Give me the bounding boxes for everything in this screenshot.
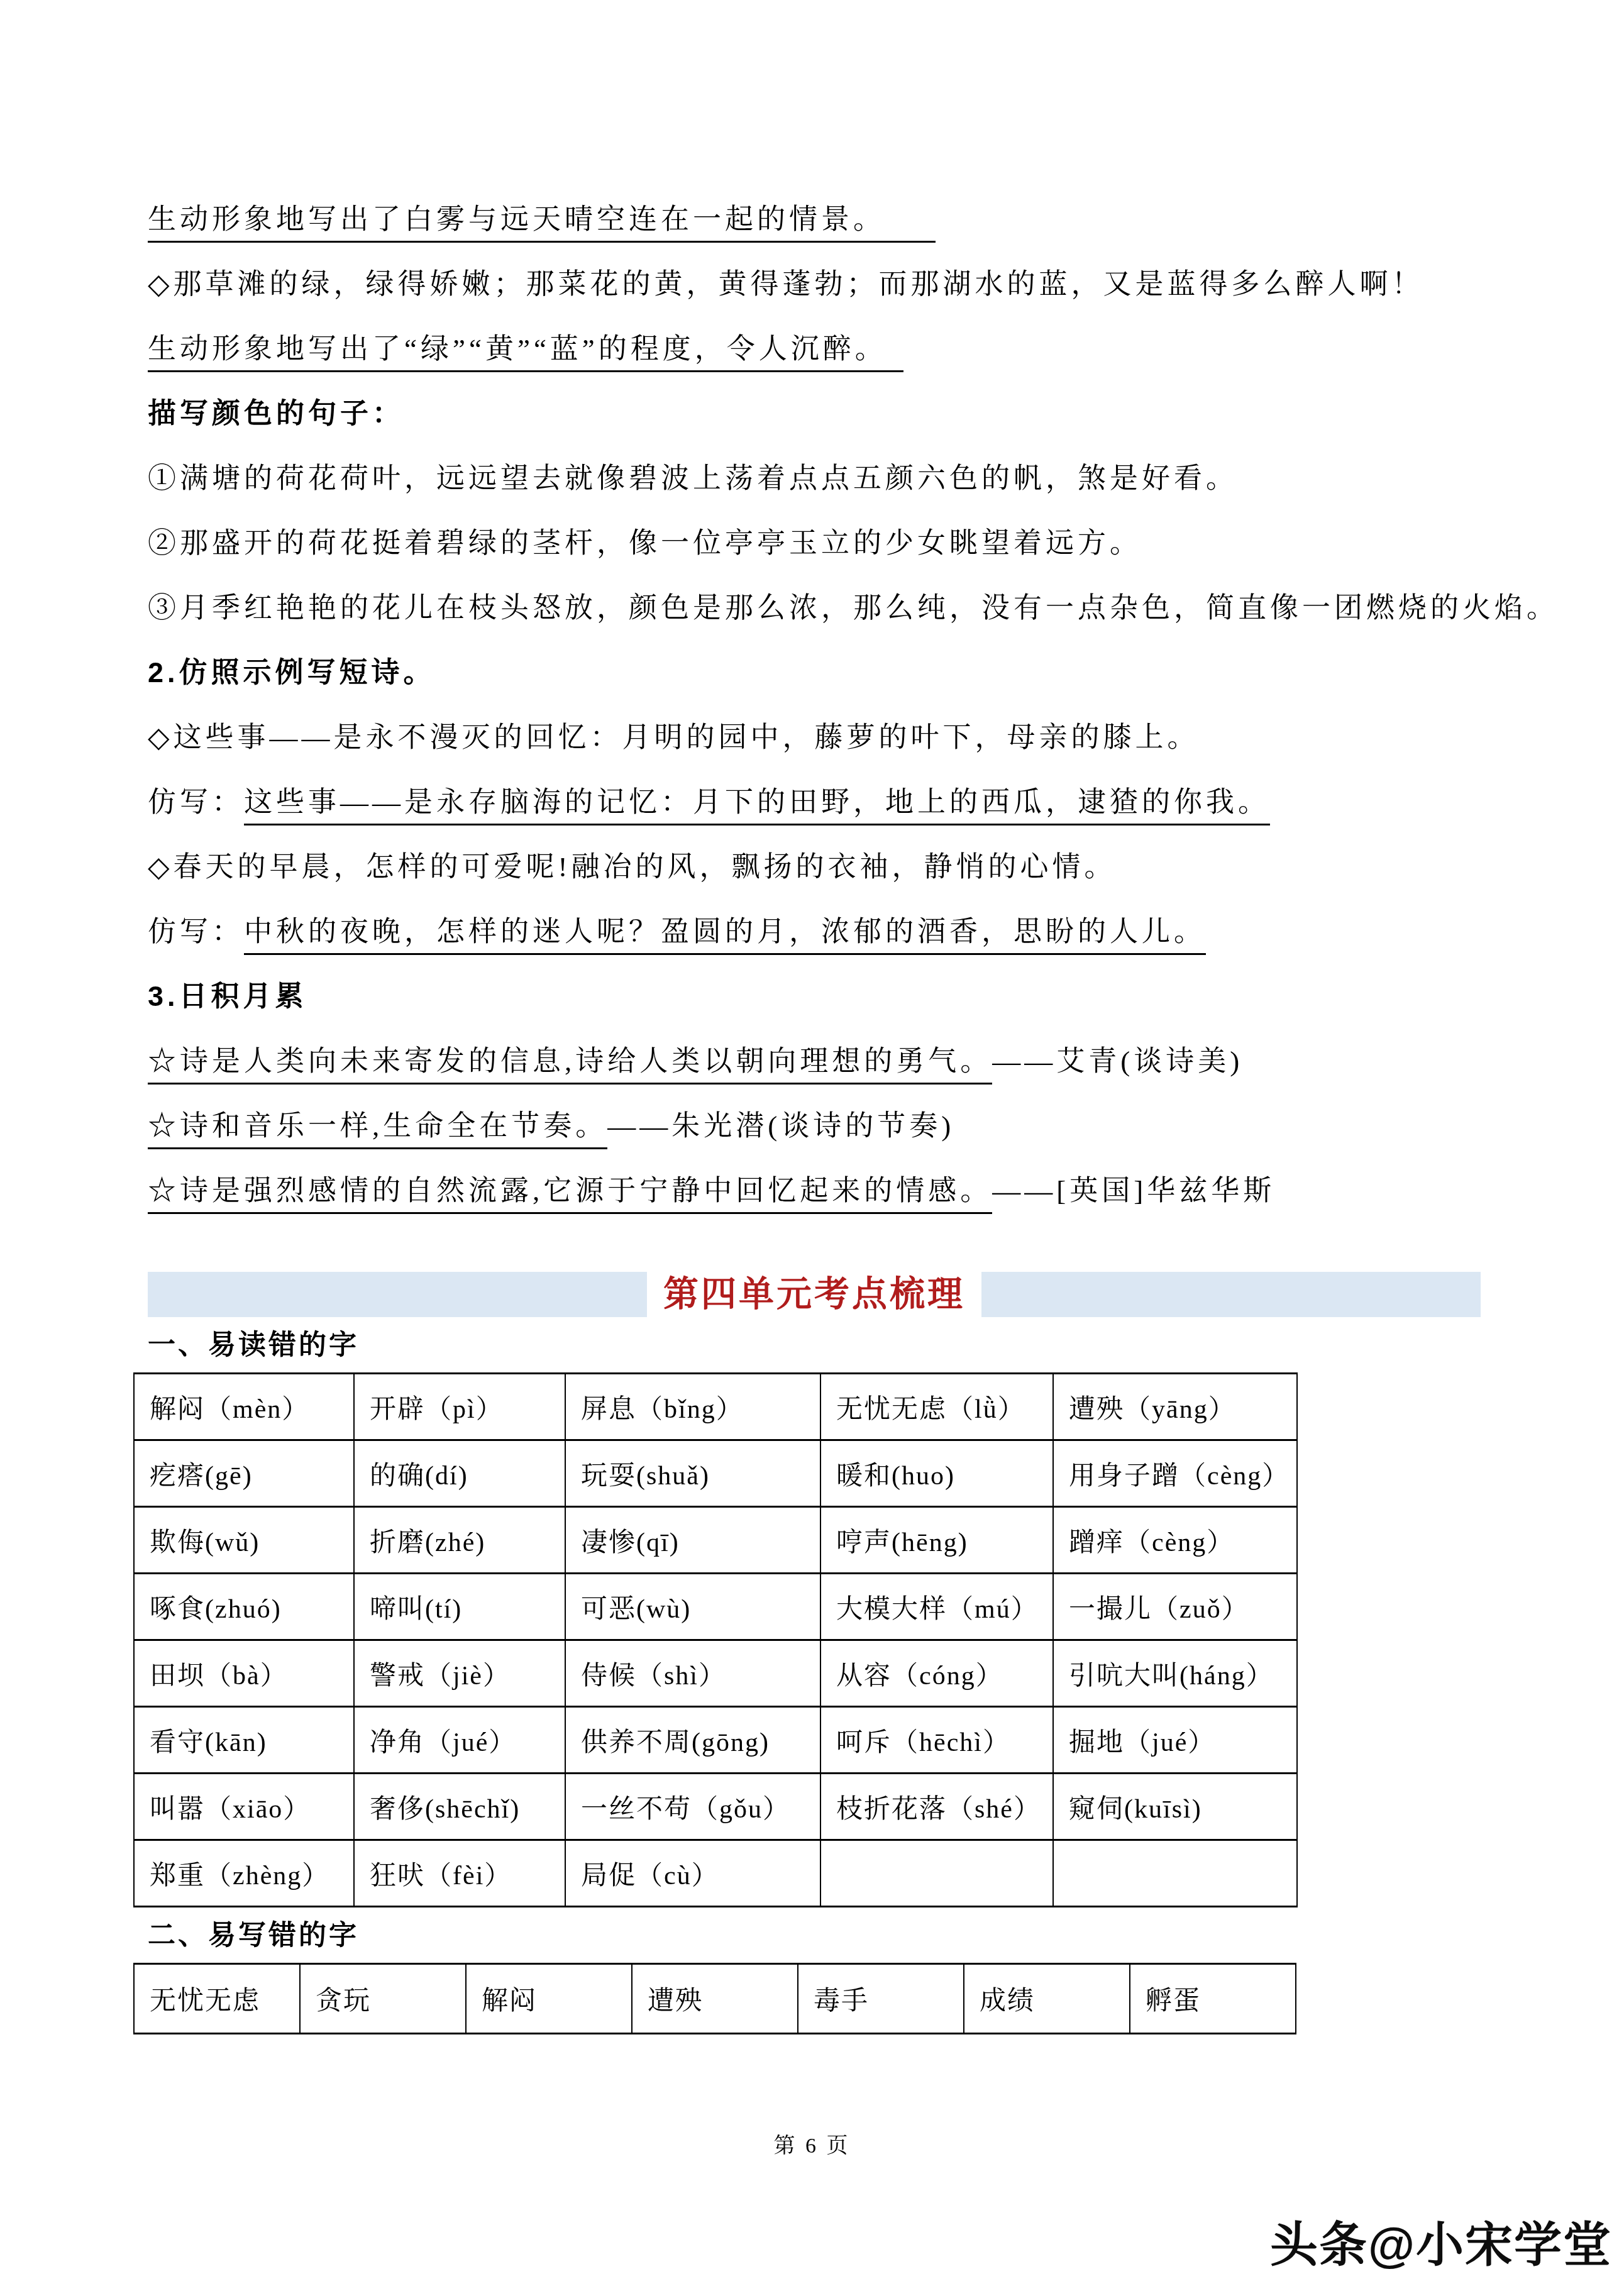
page-number: 第 6 页 xyxy=(0,2128,1624,2159)
table-row: 郑重（zhèng） 狂吠（fèi） 局促（cù） xyxy=(134,1840,1297,1907)
table-cell: 孵蛋 xyxy=(1130,1964,1296,2034)
table-cell: 解闷（mèn） xyxy=(134,1374,354,1440)
table-cell: 暖和(huo) xyxy=(820,1440,1053,1507)
table-cell: 局促（cù） xyxy=(565,1840,820,1907)
table-cell: 一丝不苟（gǒu） xyxy=(565,1774,820,1840)
answer-line-1: 生动形象地写出了白雾与远天晴空连在一起的情景。 xyxy=(148,201,1556,238)
unit4-banner-title: 第四单元考点梳理 xyxy=(663,1275,965,1314)
table-cell xyxy=(1053,1840,1297,1907)
table-cell: 毒手 xyxy=(798,1964,964,2034)
poem-example-1: ◇这些事——是永不漫灭的回忆：月明的园中，藤萝的叶下，母亲的膝上。 xyxy=(148,719,1556,756)
table-cell: 净角（jué） xyxy=(354,1707,565,1774)
table-cell: 无忧无虑 xyxy=(134,1964,300,2034)
table-row: 解闷（mèn） 开辟（pì） 屏息（bǐng） 无忧无虑（lǜ） 遭殃（yāng… xyxy=(134,1374,1297,1440)
imitate-label: 仿写： xyxy=(148,786,244,818)
heading-write-errors: 二、易写错的字 xyxy=(148,1918,1556,1954)
table-cell: 侍候（shì） xyxy=(565,1640,820,1707)
unit4-banner: 第四单元考点梳理 xyxy=(148,1272,1481,1317)
table-cell: 窥伺(kuīsì) xyxy=(1053,1774,1297,1840)
table-cell: 的确(dí) xyxy=(354,1440,565,1507)
table-cell: 折磨(zhé) xyxy=(354,1507,565,1574)
table-cell: 叫嚣（xiāo） xyxy=(134,1774,354,1840)
table-cell: 可恶(wù) xyxy=(565,1574,820,1640)
table-cell: 掘地（jué） xyxy=(1053,1707,1297,1774)
table-cell: 无忧无虑（lǜ） xyxy=(820,1374,1053,1440)
star-icon: ☆ xyxy=(148,1175,180,1206)
star-icon: ☆ xyxy=(148,1110,180,1142)
table-cell: 一撮儿（zuǒ） xyxy=(1053,1574,1297,1640)
table-cell: 供养不周(gōng) xyxy=(565,1707,820,1774)
table-cell: 引吭大叫(háng） xyxy=(1053,1640,1297,1707)
table-cell: 贪玩 xyxy=(300,1964,466,2034)
table-row: 看守(kān) 净角（jué） 供养不周(gōng) 呵斥（hēchì） 掘地（… xyxy=(134,1707,1297,1774)
heading-read-errors: 一、易读错的字 xyxy=(148,1327,1556,1364)
quote-source: ——艾青(谈诗美) xyxy=(992,1046,1243,1077)
table-cell: 奢侈(shēchǐ) xyxy=(354,1774,565,1840)
table-cell: 遭殃（yāng） xyxy=(1053,1374,1297,1440)
color-sentence-2: ②那盛开的荷花挺着碧绿的茎杆，像一位亭亭玉立的少女眺望着远方。 xyxy=(148,525,1556,561)
table-row: 啄食(zhuó) 啼叫(tí) 可恶(wù) 大模大样（mú） 一撮儿（zuǒ） xyxy=(134,1574,1297,1640)
quote-text: 诗和音乐一样,生命全在节奏。 xyxy=(180,1110,607,1142)
quote-source: ——[英国]华兹华斯 xyxy=(992,1175,1275,1206)
table-row: 叫嚣（xiāo） 奢侈(shēchǐ) 一丝不苟（gǒu） 枝折花落（shé） … xyxy=(134,1774,1297,1840)
imitate-label: 仿写： xyxy=(148,916,244,947)
table-row: 疙瘩(gē) 的确(dí) 玩耍(shuǎ) 暖和(huo) 用身子蹭（cèng… xyxy=(134,1440,1297,1507)
unit4-banner-highlight: 第四单元考点梳理 xyxy=(647,1272,981,1317)
table-cell: 遭殃 xyxy=(632,1964,798,2034)
table-cell: 玩耍(shuǎ) xyxy=(565,1440,820,1507)
table-row: 田坝（bà） 警戒（jiè） 侍候（shì） 从容（cóng） 引吭大叫(hán… xyxy=(134,1640,1297,1707)
heading-accumulate: 3.日积月累 xyxy=(148,978,1556,1015)
table-cell: 疙瘩(gē) xyxy=(134,1440,354,1507)
table-cell: 从容（cóng） xyxy=(820,1640,1053,1707)
quote-line-1: ☆诗是人类向未来寄发的信息,诗给人类以朝向理想的勇气。——艾青(谈诗美) xyxy=(148,1043,1556,1079)
underlined-quote: ☆诗是强烈感情的自然流露,它源于宁静中回忆起来的情感。 xyxy=(148,1175,992,1214)
table-cell: 田坝（bà） xyxy=(134,1640,354,1707)
imitation-line-1: 仿写：这些事——是永存脑海的记忆：月下的田野，地上的西瓜，逮猹的你我。 xyxy=(148,784,1556,820)
example-sentence-colors: ◇那草滩的绿，绿得娇嫩；那菜花的黄，黄得蓬勃；而那湖水的蓝，又是蓝得多么醉人啊！ xyxy=(148,266,1556,302)
table-cell: 用身子蹭（cèng） xyxy=(1053,1440,1297,1507)
underlined-answer: 这些事——是永存脑海的记忆：月下的田野，地上的西瓜，逮猹的你我。 xyxy=(244,786,1270,825)
underlined-answer: 生动形象地写出了白雾与远天晴空连在一起的情景。 xyxy=(148,204,936,243)
heading-color-sentences: 描写颜色的句子： xyxy=(148,395,1556,432)
table-cell: 啼叫(tí) xyxy=(354,1574,565,1640)
color-sentence-3: ③月季红艳艳的花儿在枝头怒放，颜色是那么浓，那么纯，没有一点杂色，简直像一团燃烧… xyxy=(148,590,1556,626)
table-cell: 呵斥（hēchì） xyxy=(820,1707,1053,1774)
write-errors-table: 无忧无虑 贪玩 解闷 遭殃 毒手 成绩 孵蛋 xyxy=(133,1963,1296,2034)
watermark: 头条@小宋学堂 xyxy=(1270,2207,1612,2275)
table-cell: 看守(kān) xyxy=(134,1707,354,1774)
table-cell: 解闷 xyxy=(466,1964,632,2034)
table-row: 无忧无虑 贪玩 解闷 遭殃 毒手 成绩 孵蛋 xyxy=(134,1964,1296,2034)
quote-source: ——朱光潜(谈诗的节奏) xyxy=(607,1110,954,1142)
table-cell: 开辟（pì） xyxy=(354,1374,565,1440)
underlined-quote: ☆诗是人类向未来寄发的信息,诗给人类以朝向理想的勇气。 xyxy=(148,1046,992,1085)
table-cell: 凄惨(qī) xyxy=(565,1507,820,1574)
table-cell: 哼声(hēng) xyxy=(820,1507,1053,1574)
table-cell: 枝折花落（shé） xyxy=(820,1774,1053,1840)
poem-example-2: ◇春天的早晨，怎样的可爱呢!融冶的风，飘扬的衣袖，静悄的心情。 xyxy=(148,849,1556,885)
read-errors-table: 解闷（mèn） 开辟（pì） 屏息（bǐng） 无忧无虑（lǜ） 遭殃（yāng… xyxy=(133,1372,1298,1907)
color-sentence-1: ①满塘的荷花荷叶，远远望去就像碧波上荡着点点五颜六色的帆，煞是好看。 xyxy=(148,460,1556,497)
table-cell: 欺侮(wǔ) xyxy=(134,1507,354,1574)
table-cell xyxy=(820,1840,1053,1907)
answer-line-2: 生动形象地写出了“绿”“黄”“蓝”的程度，令人沉醉。 xyxy=(148,331,1556,367)
imitation-line-2: 仿写：中秋的夜晚，怎样的迷人呢？盈圆的月，浓郁的酒香，思盼的人儿。 xyxy=(148,913,1556,950)
table-cell: 警戒（jiè） xyxy=(354,1640,565,1707)
quote-text: 诗是人类向未来寄发的信息,诗给人类以朝向理想的勇气。 xyxy=(180,1046,992,1077)
table-cell: 大模大样（mú） xyxy=(820,1574,1053,1640)
heading-write-poem: 2.仿照示例写短诗。 xyxy=(148,654,1556,691)
underlined-answer: 中秋的夜晚，怎样的迷人呢？盈圆的月，浓郁的酒香，思盼的人儿。 xyxy=(244,916,1206,955)
quote-text: 诗是强烈感情的自然流露,它源于宁静中回忆起来的情感。 xyxy=(180,1175,992,1206)
table-cell: 狂吠（fèi） xyxy=(354,1840,565,1907)
quote-line-3: ☆诗是强烈感情的自然流露,它源于宁静中回忆起来的情感。——[英国]华兹华斯 xyxy=(148,1173,1556,1209)
underlined-quote: ☆诗和音乐一样,生命全在节奏。 xyxy=(148,1110,607,1149)
quote-line-2: ☆诗和音乐一样,生命全在节奏。——朱光潜(谈诗的节奏) xyxy=(148,1108,1556,1144)
document-body: 生动形象地写出了白雾与远天晴空连在一起的情景。 ◇那草滩的绿，绿得娇嫩；那菜花的… xyxy=(148,201,1556,2034)
underlined-answer: 生动形象地写出了“绿”“黄”“蓝”的程度，令人沉醉。 xyxy=(148,333,903,372)
table-cell: 蹭痒（cèng） xyxy=(1053,1507,1297,1574)
table-cell: 郑重（zhèng） xyxy=(134,1840,354,1907)
table-cell: 成绩 xyxy=(964,1964,1130,2034)
table-row: 欺侮(wǔ) 折磨(zhé) 凄惨(qī) 哼声(hēng) 蹭痒（cèng） xyxy=(134,1507,1297,1574)
star-icon: ☆ xyxy=(148,1046,180,1077)
table-cell: 屏息（bǐng） xyxy=(565,1374,820,1440)
table-cell: 啄食(zhuó) xyxy=(134,1574,354,1640)
